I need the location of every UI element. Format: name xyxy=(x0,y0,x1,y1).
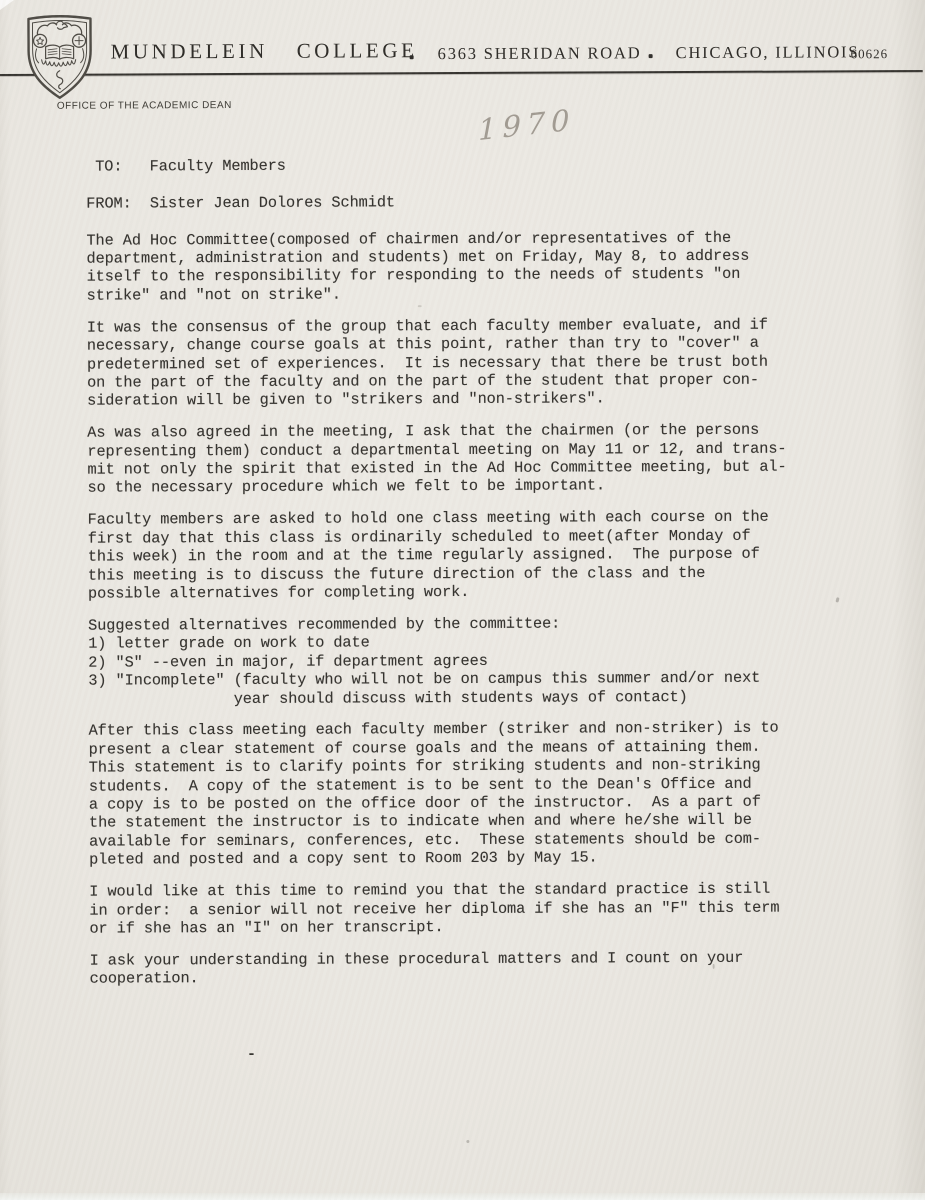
college-city-state: CHICAGO, ILLINOIS xyxy=(676,42,860,63)
scan-speck xyxy=(466,1140,469,1143)
scan-speck xyxy=(418,305,422,307)
paragraph-2: It was the consensus of the group that e… xyxy=(87,315,787,410)
scan-speck xyxy=(835,597,839,603)
paragraph-8: I ask your understanding in these proced… xyxy=(90,948,789,988)
college-address: 6363 SHERIDAN ROAD xyxy=(438,43,642,64)
bullet-separator-icon xyxy=(649,54,653,58)
handwritten-year-annotation: 1970 xyxy=(478,102,575,147)
paragraph-1: The Ad Hoc Committee(composed of chairme… xyxy=(86,228,785,305)
scan-edge-strip-bottom xyxy=(0,1193,925,1200)
bullet-separator-icon xyxy=(410,55,414,59)
scan-edge-shadow-left xyxy=(0,0,10,1200)
scan-tilt-layer: MUNDELEIN COLLEGE 6363 SHERIDAN ROAD CHI… xyxy=(0,0,925,1200)
paragraph-3: As was also agreed in the meeting, I ask… xyxy=(87,421,786,498)
paragraph-6: After this class meeting each faculty me… xyxy=(89,719,789,869)
scan-corner-sliver xyxy=(0,0,14,10)
scanned-memo-page: MUNDELEIN COLLEGE 6363 SHERIDAN ROAD CHI… xyxy=(0,0,925,1200)
college-name: MUNDELEIN COLLEGE xyxy=(111,38,418,64)
paragraph-4: Faculty members are asked to hold one cl… xyxy=(88,508,788,603)
paragraph-5-suggested-alternatives: Suggested alternatives recommended by th… xyxy=(88,613,788,708)
stray-dash-mark: - xyxy=(247,1047,256,1062)
paragraph-7: I would like at this time to remind you … xyxy=(89,880,788,938)
memo-to-line: TO: Faculty Members xyxy=(86,155,785,176)
college-zip: 60626 xyxy=(851,46,889,62)
scan-edge-shadow-right xyxy=(893,0,925,1200)
memo-from-line: FROM: Sister Jean Dolores Schmidt xyxy=(86,191,785,212)
college-crest-icon xyxy=(24,13,94,106)
letterhead-rule xyxy=(0,70,923,76)
scan-speck xyxy=(713,964,715,969)
memo-body: TO: Faculty Members FROM: Sister Jean Do… xyxy=(86,155,789,1002)
